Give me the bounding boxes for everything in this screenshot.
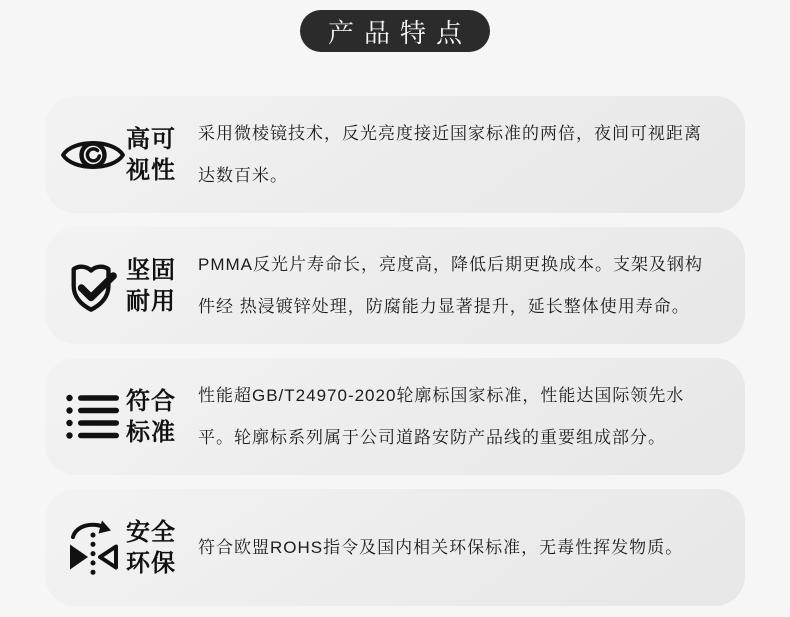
feature-text: 采用微棱镜技术，反光亮度接近国家标准的两倍，夜间可视距离达数百米。	[198, 113, 717, 197]
bullet-list-icon	[60, 393, 126, 441]
feature-text: PMMA反光片寿命长，亮度高，降低后期更换成本。支架及钢构件经 热浸镀锌处理，防…	[198, 244, 717, 328]
feature-text: 性能超GB/T24970-2020轮廓标国家标准，性能达国际领先水平。轮廓标系列…	[198, 375, 717, 459]
flip-horizontal-icon	[60, 515, 126, 581]
section-title-badge: 产品特点	[300, 10, 490, 52]
shield-check-icon	[60, 258, 126, 314]
feature-card-visibility: 高可 视性 采用微棱镜技术，反光亮度接近国家标准的两倍，夜间可视距离达数百米。	[45, 96, 745, 213]
section-title: 产品特点	[328, 13, 472, 50]
feature-label: 安全 环保	[126, 517, 184, 579]
feature-card-eco: 安全 环保 符合欧盟ROHS指令及国内相关环保标准，无毒性挥发物质。	[45, 489, 745, 606]
feature-text: 符合欧盟ROHS指令及国内相关环保标准，无毒性挥发物质。	[198, 527, 683, 569]
feature-card-list: 高可 视性 采用微棱镜技术，反光亮度接近国家标准的两倍，夜间可视距离达数百米。 …	[45, 96, 745, 606]
eye-icon	[60, 132, 126, 178]
feature-card-standards: 符合 标准 性能超GB/T24970-2020轮廓标国家标准，性能达国际领先水平…	[45, 358, 745, 475]
product-features-section: 产品特点 高可 视性 采用微棱镜技术，反光亮度接近国家标准的两倍，夜间可视距离达…	[0, 0, 790, 617]
feature-label: 高可 视性	[126, 124, 184, 186]
feature-label: 符合 标准	[126, 386, 184, 448]
title-row: 产品特点	[0, 0, 790, 52]
feature-label: 坚固 耐用	[126, 255, 184, 317]
feature-card-durability: 坚固 耐用 PMMA反光片寿命长，亮度高，降低后期更换成本。支架及钢构件经 热浸…	[45, 227, 745, 344]
